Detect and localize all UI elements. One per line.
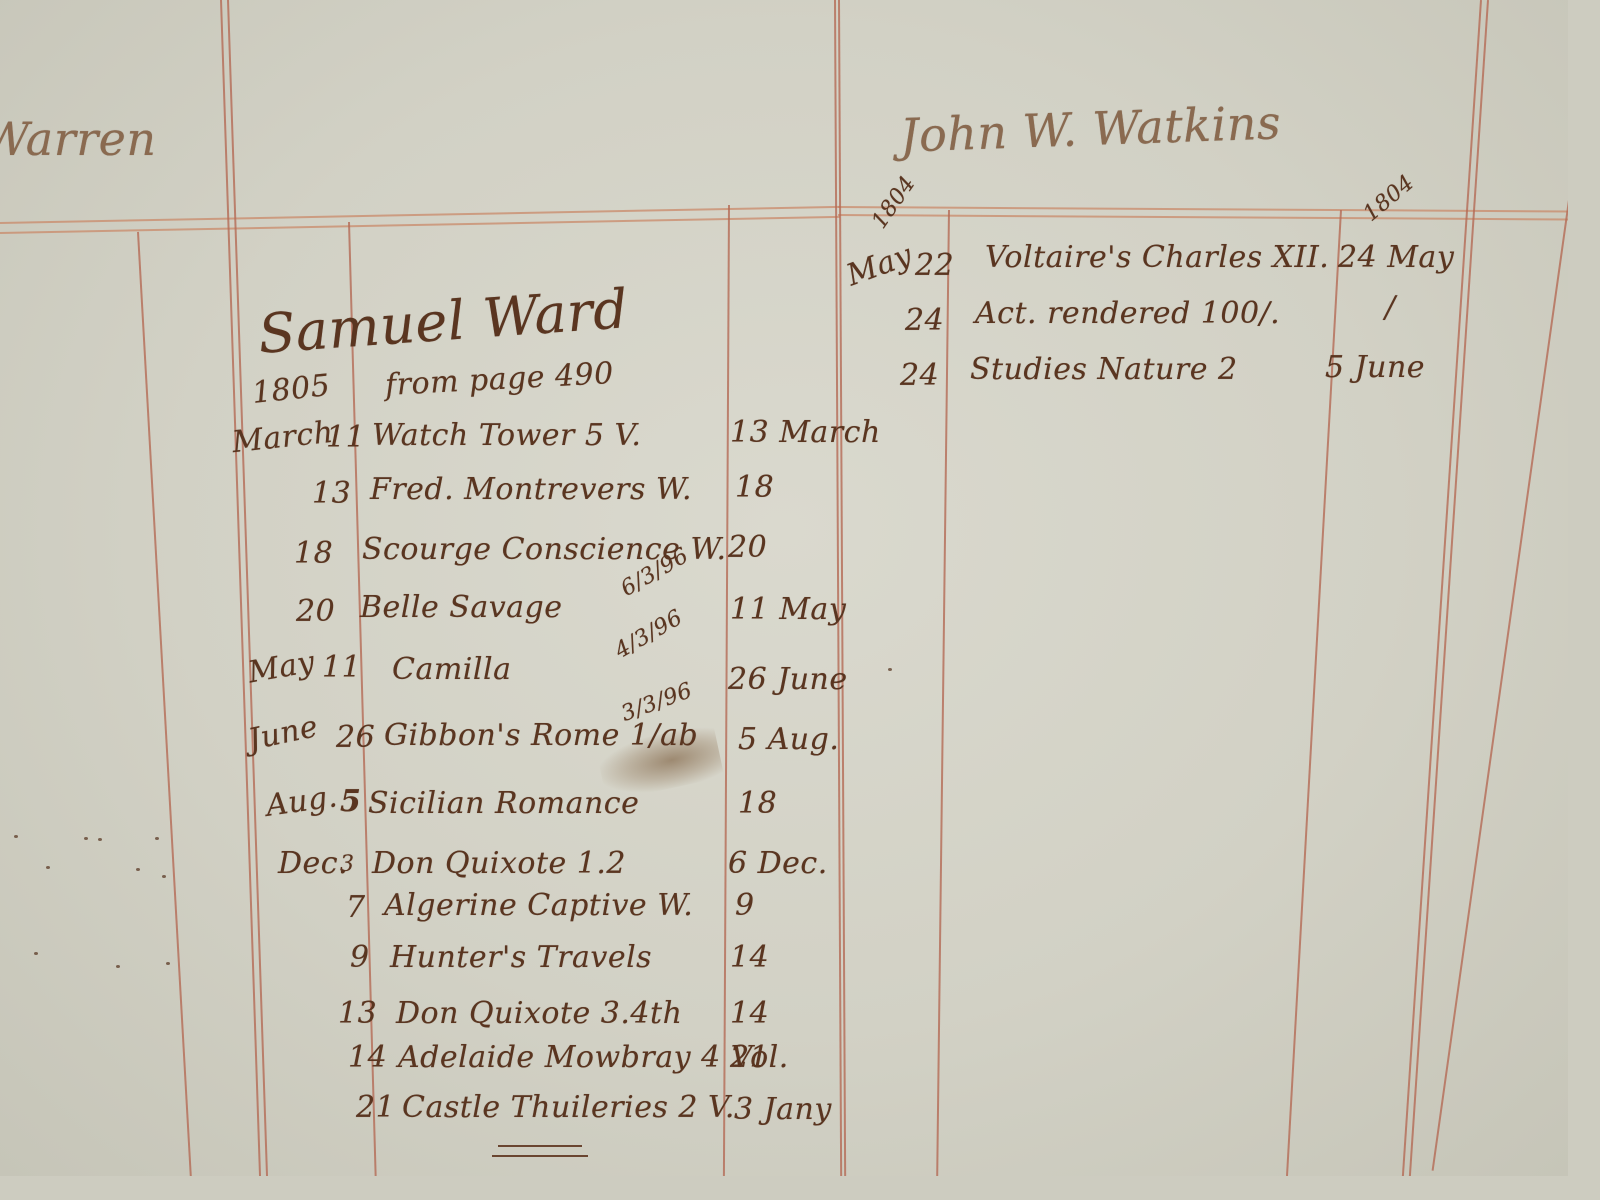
ward-entry-title: Hunter's Travels <box>390 940 652 975</box>
foxing-speck <box>14 835 18 838</box>
column-rule <box>137 232 192 1176</box>
header-rule <box>0 206 840 224</box>
watkins-entry-title: Studies Nature 2 <box>970 352 1238 387</box>
ward-entry-title: Algerine Captive W. <box>384 888 693 923</box>
ward-entry-day: 14 <box>348 1040 387 1075</box>
ward-entry-returned: 13 March <box>730 415 881 450</box>
column-rule <box>220 0 261 1176</box>
closing-rule <box>492 1155 588 1157</box>
ward-entry-returned: 14 <box>730 996 769 1031</box>
ward-entry-day: 11 <box>322 650 361 685</box>
ward-entry-title: Don Quixote 1.2 <box>372 846 626 881</box>
ward-entry-returned: 14 <box>730 940 769 975</box>
closing-rule <box>498 1145 582 1147</box>
foxing-speck <box>34 952 38 955</box>
column-rule <box>227 0 268 1176</box>
watkins-entry-month: May <box>842 238 917 294</box>
ward-entry-day: 21 <box>356 1090 395 1125</box>
ward-entry-title: Sicilian Romance <box>368 786 639 821</box>
watkins-entry-day: 24 <box>900 358 939 393</box>
foxing-speck <box>46 866 50 869</box>
ledger-page: Warren John W. Watkins 1804 1804 May 22 … <box>0 0 1568 1176</box>
foxing-speck <box>98 838 102 841</box>
ward-entry-returned: 18 <box>735 470 774 505</box>
ward-carried-from: from page 490 <box>384 356 614 403</box>
foxing-speck <box>84 837 88 840</box>
watkins-entry-returned: 5 June <box>1325 350 1425 385</box>
column-rule <box>1409 0 1489 1176</box>
watkins-entry-returned: / <box>1385 290 1396 325</box>
ward-entry-day: 9 <box>350 940 370 975</box>
ward-entry-day: 26 <box>336 720 375 755</box>
ward-entry-day: 11 <box>326 420 365 455</box>
ward-entry-returned: 26 June <box>728 662 848 697</box>
ward-entry-title: Camilla <box>392 652 511 687</box>
ward-entry-title: Castle Thuileries 2 V. <box>402 1090 735 1125</box>
watkins-entry-title: Act. rendered 100/. <box>975 296 1280 331</box>
ink-dot <box>888 668 892 671</box>
ward-interlinear-note: 4/3/96 <box>611 605 687 664</box>
ward-entry-returned: 3 Jany <box>734 1092 832 1127</box>
watkins-entry-day: 24 <box>905 303 944 338</box>
account-name-samuel-ward: Samuel Ward <box>256 277 630 366</box>
ward-entry-returned: 21 <box>730 1040 769 1075</box>
foxing-speck <box>116 965 120 968</box>
ward-entry-day: 13 <box>312 476 351 511</box>
ward-entry-month: May <box>245 644 317 690</box>
ward-entry-returned: 6 Dec. <box>728 846 828 881</box>
header-rule <box>0 216 840 234</box>
ward-entry-month: June <box>245 709 321 758</box>
watkins-entry-day: 22 <box>915 248 954 283</box>
ward-entry-title: Belle Savage <box>360 590 563 625</box>
ward-entry-returned: 5 Aug. <box>738 722 839 757</box>
foxing-speck <box>162 875 166 878</box>
ward-entry-title: Watch Tower 5 V. <box>372 418 641 453</box>
ward-year: 1805 <box>250 368 332 411</box>
watkins-entry-returned: 24 May <box>1338 240 1454 275</box>
ward-entry-day: 7 <box>346 890 366 925</box>
ward-entry-month: March <box>230 415 335 460</box>
ward-entry-day: 3 <box>340 852 355 877</box>
foxing-speck <box>166 962 170 965</box>
ward-entry-title: Don Quixote 3.4th <box>396 996 682 1031</box>
watkins-year-left: 1804 <box>867 172 921 234</box>
column-rule <box>348 222 376 1176</box>
column-rule <box>1402 0 1482 1176</box>
column-rule <box>1432 200 1568 1171</box>
ward-entry-title: Fred. Montrevers W. <box>370 472 692 507</box>
ward-entry-returned: 18 <box>738 786 777 821</box>
ward-entry-day: 18 <box>294 536 333 571</box>
column-rule <box>936 210 949 1176</box>
account-name-watkins: John W. Watkins <box>899 95 1282 162</box>
foxing-speck <box>155 837 159 840</box>
account-name-warren: Warren <box>0 112 157 166</box>
ward-entry-returned: 11 May <box>730 592 846 627</box>
ward-entry-day: 13 <box>338 996 377 1031</box>
ward-entry-returned: 9 <box>735 888 755 923</box>
ward-entry-title: Gibbon's Rome 1/ab <box>384 718 698 753</box>
watkins-entry-title: Voltaire's Charles XII. <box>985 240 1329 275</box>
foxing-speck <box>136 868 140 871</box>
ward-entry-day: 5 <box>340 784 361 819</box>
ward-entry-returned: 20 <box>728 530 767 565</box>
ward-entry-month: Dec. <box>278 846 348 881</box>
ward-entry-month: Aug. <box>264 779 340 824</box>
ward-entry-day: 20 <box>296 594 335 629</box>
